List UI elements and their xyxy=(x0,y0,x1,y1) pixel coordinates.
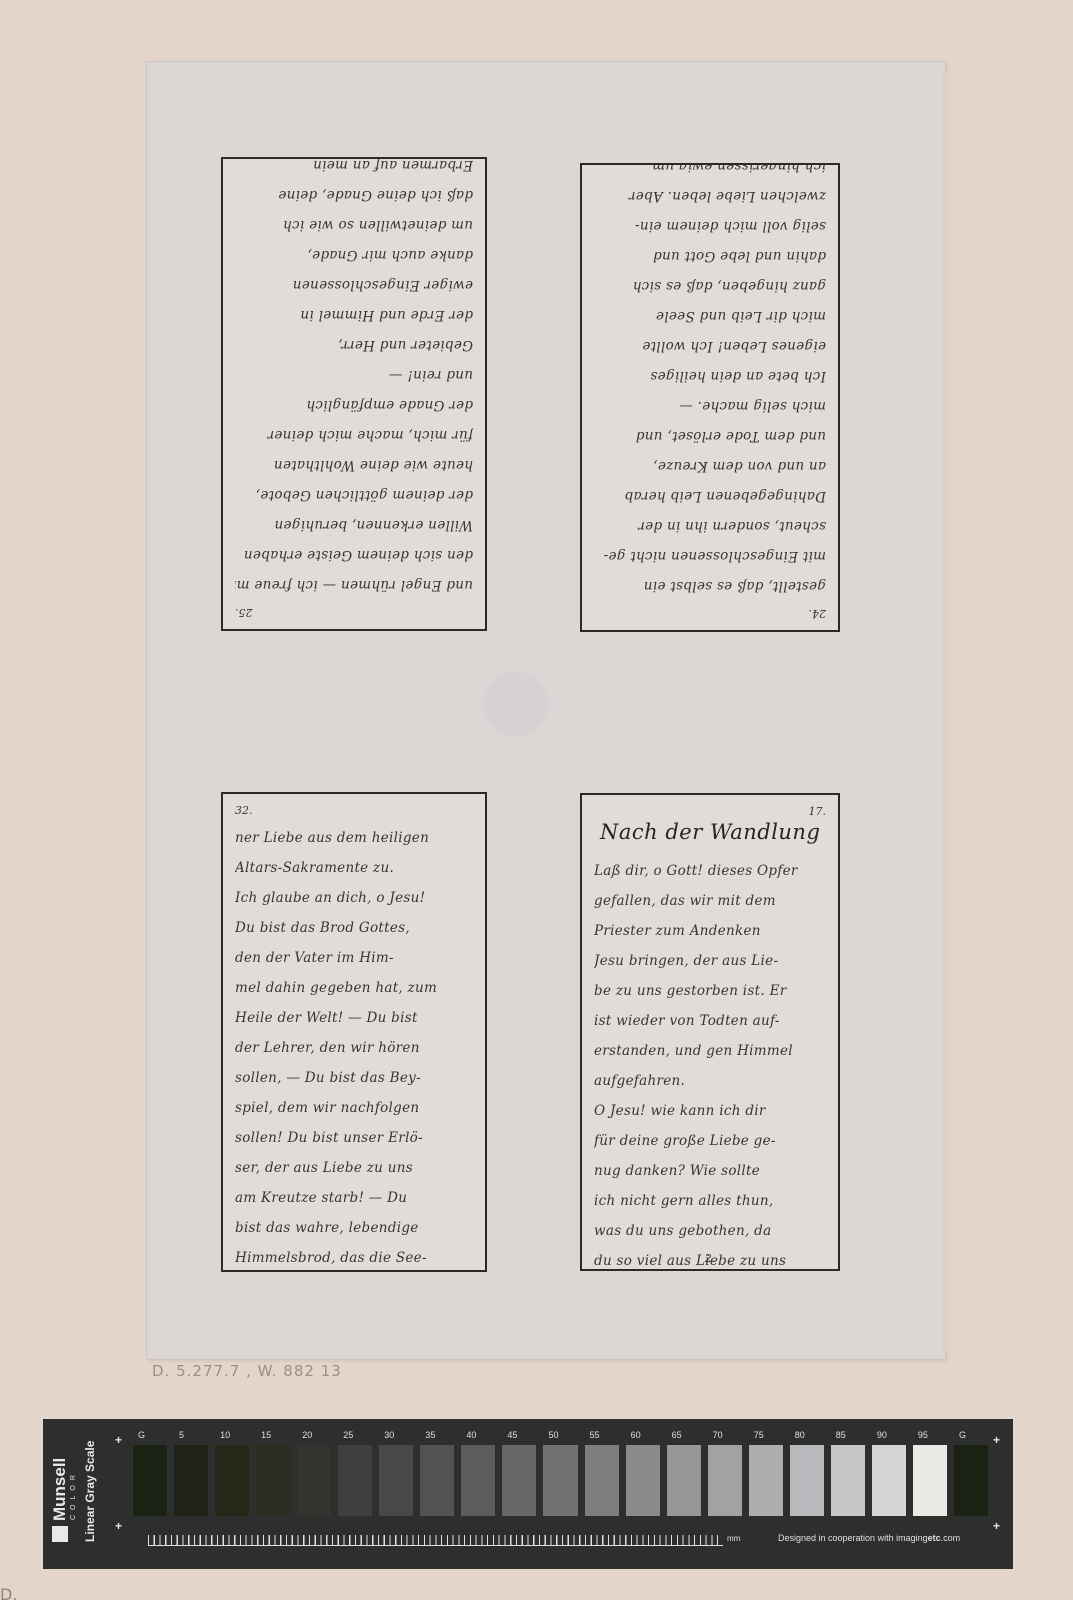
text-line: Dahingegebenen Leib herab xyxy=(594,481,826,511)
patch-label: 75 xyxy=(749,1430,783,1440)
gray-patch xyxy=(954,1445,988,1516)
section-title: Nach der Wandlung xyxy=(600,820,826,844)
patch-label: 85 xyxy=(831,1430,865,1440)
gray-patch xyxy=(379,1445,413,1516)
text-line: heute wie deine Wohlthaten xyxy=(235,450,473,480)
munsell-gray-scale-card: Munsell COLOR Linear Gray Scale + + + + … xyxy=(43,1419,1013,1569)
handwritten-text: Laß dir, o Gott! dieses Opfergefallen, d… xyxy=(594,856,826,1271)
patch-label: 25 xyxy=(338,1430,372,1440)
text-line: aufgefahren. xyxy=(594,1066,826,1096)
registration-mark-icon: + xyxy=(993,1433,1000,1447)
patch-label: 50 xyxy=(543,1430,577,1440)
patch-label: 90 xyxy=(872,1430,906,1440)
footer-number: 2. xyxy=(582,1252,838,1265)
text-line: der Lehrer, den wir hören xyxy=(235,1033,473,1063)
patch-label: 10 xyxy=(215,1430,249,1440)
text-line: nug danken? Wie sollte xyxy=(594,1156,826,1186)
text-line: Ich glaube an dich, o Jesu! xyxy=(235,883,473,913)
patch-label: 40 xyxy=(461,1430,495,1440)
text-line: bist das wahre, lebendige xyxy=(235,1213,473,1243)
gray-patch xyxy=(297,1445,331,1516)
patch-label: 60 xyxy=(626,1430,660,1440)
patch-label: 65 xyxy=(667,1430,701,1440)
text-line: Altars-Sakramente zu. xyxy=(235,853,473,883)
gray-patch xyxy=(872,1445,906,1516)
text-line: erstanden, und gen Himmel xyxy=(594,1036,826,1066)
panel-bottom-left: 32. ner Liebe aus dem heiligenAltars-Sak… xyxy=(221,792,487,1272)
patch-label: 55 xyxy=(585,1430,619,1440)
text-line: Heile der Welt! — Du bist xyxy=(235,1003,473,1033)
panel-top-left: 25. und Engel rühmen — ich freue michden… xyxy=(221,157,487,631)
page-number: 24. xyxy=(594,607,826,620)
handwritten-text: gestellt, daß es selbst einmit Eingeschl… xyxy=(594,163,826,601)
gray-patch xyxy=(174,1445,208,1516)
text-line: ner Liebe aus dem heiligen xyxy=(235,823,473,853)
text-line: Willen erkennen, beruhigen xyxy=(235,510,473,540)
text-line: Laß dir, o Gott! dieses Opfer xyxy=(594,856,826,886)
brand-name: Munsell xyxy=(51,1458,69,1521)
gray-patch xyxy=(502,1445,536,1516)
blind-stamp xyxy=(484,672,548,736)
text-line: ganz hingeben, daß es sich xyxy=(594,271,826,301)
patch-label: 20 xyxy=(297,1430,331,1440)
panel-bottom-right: 17. Nach der Wandlung Laß dir, o Gott! d… xyxy=(580,793,840,1271)
credit-text: Designed in cooperation with imagingetc.… xyxy=(778,1533,960,1543)
gray-patch xyxy=(749,1445,783,1516)
scale-name: Linear Gray Scale xyxy=(82,1427,98,1542)
text-line: ich hingerissen ewig um xyxy=(594,163,826,181)
gray-patch xyxy=(585,1445,619,1516)
text-line: danke auch mir Gnade, xyxy=(235,240,473,270)
text-line: scheut, sondern ihn in der xyxy=(594,511,826,541)
catalog-number: D. 5.277.7 , W. 882 13 xyxy=(152,1362,342,1380)
gray-patch xyxy=(543,1445,577,1516)
brand-block: Munsell COLOR Linear Gray Scale xyxy=(51,1427,121,1542)
page-number: 25. xyxy=(235,606,473,619)
text-line: O Jesu! wie kann ich dir xyxy=(594,1096,826,1126)
text-line: und Engel rühmen — ich freue mich xyxy=(235,570,473,600)
registration-mark-icon: + xyxy=(993,1519,1000,1533)
corner-pencil-mark: D. xyxy=(0,1585,17,1600)
patch-label: 70 xyxy=(708,1430,742,1440)
gray-patch xyxy=(790,1445,824,1516)
text-line: Erbarmen auf an mein xyxy=(235,157,473,180)
text-line: sollen, — Du bist das Bey- xyxy=(235,1063,473,1093)
gray-patch xyxy=(215,1445,249,1516)
text-line: Priester zum Andenken xyxy=(594,916,826,946)
patch-label: 80 xyxy=(790,1430,824,1440)
patch-label: 95 xyxy=(913,1430,947,1440)
gray-patch xyxy=(708,1445,742,1516)
gray-patch xyxy=(831,1445,865,1516)
text-line: um deinetwillen so wie ich xyxy=(235,210,473,240)
text-line: daß ich deine Gnade, deine xyxy=(235,180,473,210)
text-line: Du bist das Brod Gottes, xyxy=(235,913,473,943)
text-line: Ich bete an dein heiliges xyxy=(594,361,826,391)
panel-top-right: 24. gestellt, daß es selbst einmit Einge… xyxy=(580,163,840,632)
brand-sub: COLOR xyxy=(69,1427,78,1542)
patch-label: 30 xyxy=(379,1430,413,1440)
text-line: eigenes Leben! Ich wollte xyxy=(594,331,826,361)
text-line: dahin und lebe Gott und xyxy=(594,241,826,271)
text-line: ist wieder von Todten auf- xyxy=(594,1006,826,1036)
text-line: der Gnade empfänglich xyxy=(235,390,473,420)
text-line: was du uns gebothen, da xyxy=(594,1216,826,1246)
text-line: Jesu bringen, der aus Lie- xyxy=(594,946,826,976)
text-line: Himmelsbrod, das die See- xyxy=(235,1243,473,1272)
text-line: der Erde und Himmel in xyxy=(235,300,473,330)
text-line: gestellt, daß es selbst ein xyxy=(594,571,826,601)
registration-mark-icon: + xyxy=(115,1433,122,1447)
text-line: für deine große Liebe ge- xyxy=(594,1126,826,1156)
text-line: selig voll mich deinem ein- xyxy=(594,211,826,241)
handwritten-text: ner Liebe aus dem heiligenAltars-Sakrame… xyxy=(235,823,473,1272)
text-line: mel dahin gegeben hat, zum xyxy=(235,973,473,1003)
text-line: für mich, mache mich deiner xyxy=(235,420,473,450)
patch-label: 15 xyxy=(256,1430,290,1440)
gray-patch xyxy=(461,1445,495,1516)
text-line: am Kreutze starb! — Du xyxy=(235,1183,473,1213)
text-line: sollen! Du bist unser Erlö- xyxy=(235,1123,473,1153)
text-line: ewiger Eingeschlossenen xyxy=(235,270,473,300)
ruler-unit: mm xyxy=(727,1534,740,1543)
patch-labels: G5101520253035404550556065707580859095G xyxy=(133,1430,988,1440)
registration-mark-icon: + xyxy=(115,1519,122,1533)
text-line: und rein! — xyxy=(235,360,473,390)
gray-patches xyxy=(133,1445,988,1516)
text-line: der deinem göttlichen Gebote, xyxy=(235,480,473,510)
text-line: gefallen, das wir mit dem xyxy=(594,886,826,916)
text-line: mich dir Leib und Seele xyxy=(594,301,826,331)
handwritten-text: und Engel rühmen — ich freue michden sic… xyxy=(235,157,473,600)
text-line: den sich deinem Geiste erhaben xyxy=(235,540,473,570)
text-line: be zu uns gestorben ist. Er xyxy=(594,976,826,1006)
text-line: zwelchen Liebe leben. Aber xyxy=(594,181,826,211)
text-line: mit Eingeschlossenen nicht ge- xyxy=(594,541,826,571)
text-line: Gebieter und Herr, xyxy=(235,330,473,360)
patch-label: G xyxy=(133,1430,167,1440)
text-line: an und von dem Kreuze, xyxy=(594,451,826,481)
gray-patch xyxy=(626,1445,660,1516)
gray-patch xyxy=(420,1445,454,1516)
text-line: spiel, dem wir nachfolgen xyxy=(235,1093,473,1123)
gray-patch xyxy=(667,1445,701,1516)
mm-ruler xyxy=(148,1535,723,1546)
patch-label: 5 xyxy=(174,1430,208,1440)
patch-label: G xyxy=(954,1430,988,1440)
gray-patch xyxy=(913,1445,947,1516)
patch-label: 45 xyxy=(502,1430,536,1440)
text-line: und dem Tode erlöset, und xyxy=(594,421,826,451)
patch-label: 35 xyxy=(420,1430,454,1440)
text-line: mich selig mache. — xyxy=(594,391,826,421)
page-number: 17. xyxy=(594,805,826,818)
page-number: 32. xyxy=(235,804,473,817)
text-line: ich nicht gern alles thun, xyxy=(594,1186,826,1216)
text-line: ser, der aus Liebe zu uns xyxy=(235,1153,473,1183)
gray-patch xyxy=(338,1445,372,1516)
gray-patch xyxy=(133,1445,167,1516)
munsell-logo-icon xyxy=(52,1526,68,1542)
text-line: den der Vater im Him- xyxy=(235,943,473,973)
gray-patch xyxy=(256,1445,290,1516)
